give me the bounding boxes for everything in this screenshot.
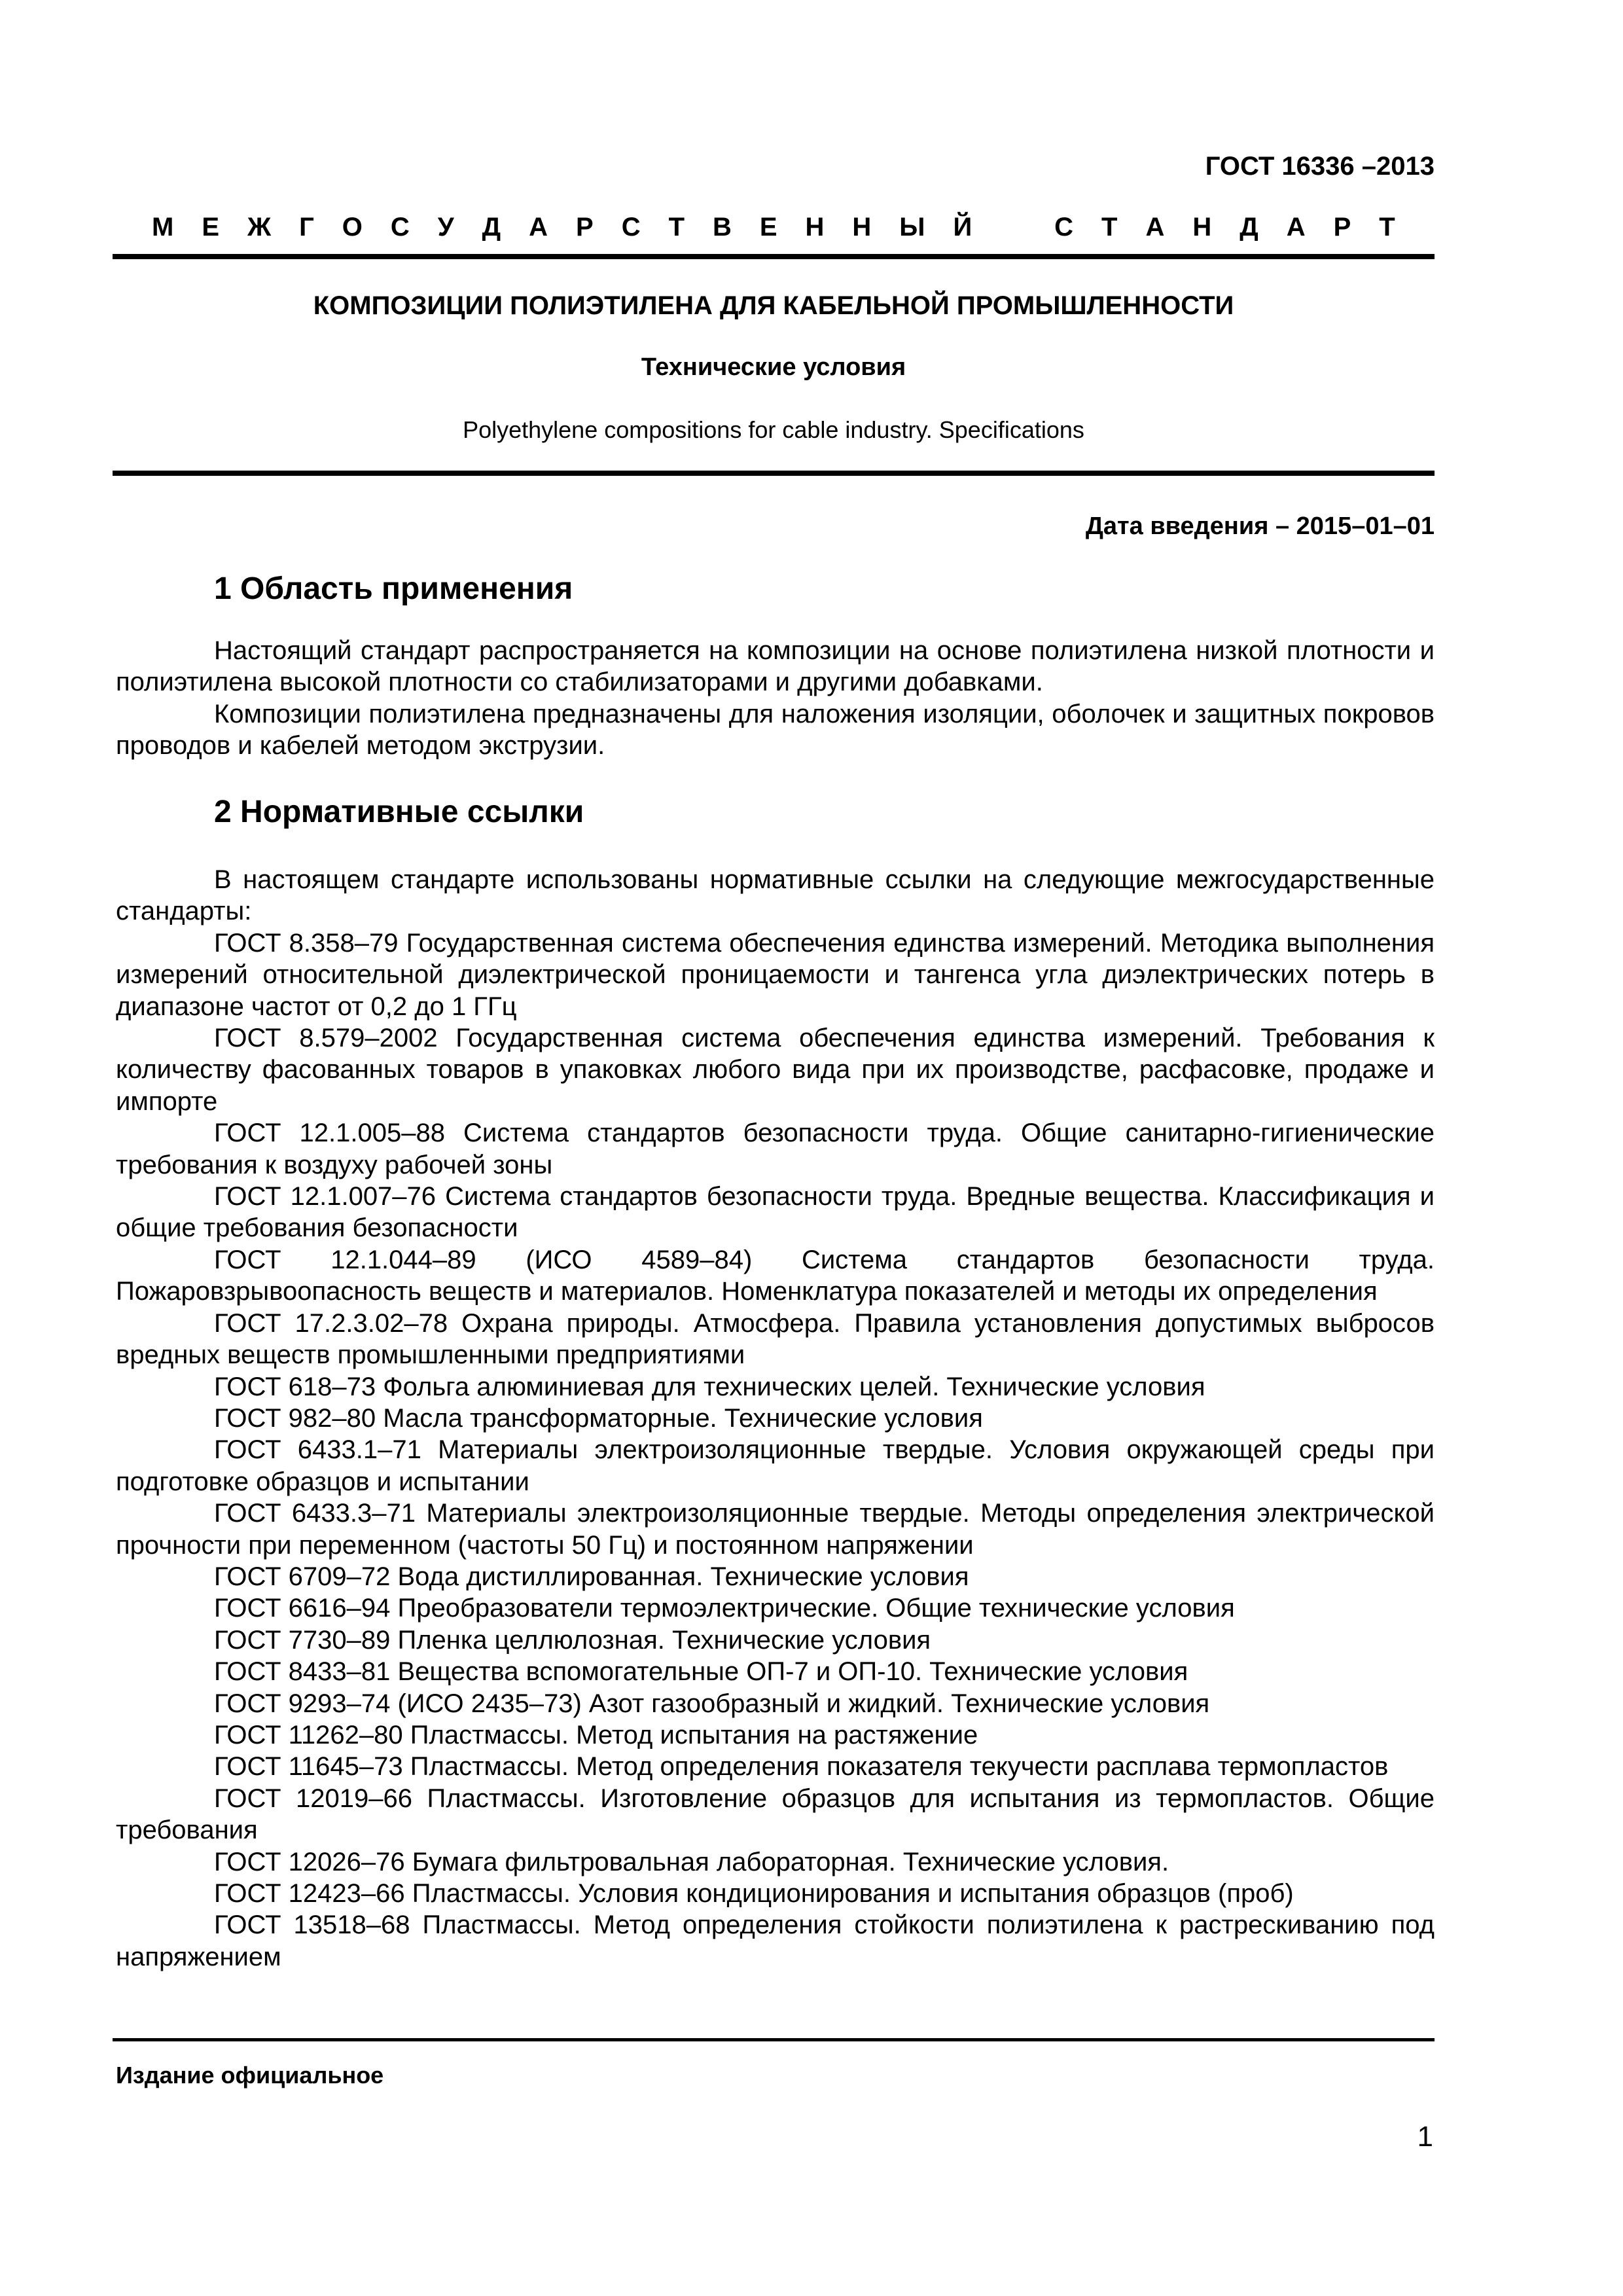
banner-letter [1000,213,1026,242]
paragraph: Настоящий стандарт распространяется на к… [116,635,1435,698]
date-of-introduction: Дата введения – 2015–01–01 [1086,512,1435,541]
banner-letter: А [529,213,548,242]
banner-letter: С [1054,213,1073,242]
banner-letter: Н [1192,213,1211,242]
reference-item: ГОСТ 12026–76 Бумага фильтровальная лабо… [116,1846,1435,1878]
standard-designation: ГОСТ 16336 –2013 [1205,152,1435,181]
banner-letter: Н [806,213,825,242]
banner-letter: Г [299,213,314,242]
title-rule [113,471,1435,476]
document-title-english: Polyethylene compositions for cable indu… [113,416,1435,444]
banner-letter: Т [1379,213,1395,242]
banner-letter: Р [1334,213,1351,242]
banner-letter: А [1287,213,1306,242]
banner-letter: Т [1101,213,1117,242]
banner-letter: С [622,213,641,242]
header-rule [113,254,1435,259]
reference-item: ГОСТ 982–80 Масла трансформаторные. Техн… [116,1403,1435,1434]
banner-letter: Й [953,213,972,242]
banner-letter: Е [760,213,777,242]
section-body-scope: Настоящий стандарт распространяется на к… [116,635,1435,762]
reference-item: ГОСТ 8433–81 Вещества вспомогательные ОП… [116,1656,1435,1687]
reference-item: ГОСТ 12.1.005–88 Система стандартов безо… [116,1117,1435,1181]
page-number: 1 [1418,2121,1433,2153]
banner-letter: В [713,213,732,242]
document-page: ГОСТ 16336 –2013 МЕЖГОСУДАРСТВЕННЫЙ СТАН… [0,0,1623,2296]
section-heading-scope: 1 Область применения [214,571,573,607]
reference-item: ГОСТ 12019–66 Пластмассы. Изготовление о… [116,1783,1435,1846]
reference-item: ГОСТ 6433.1–71 Материалы электроизоляцио… [116,1434,1435,1498]
reference-item: ГОСТ 618–73 Фольга алюминиевая для техни… [116,1371,1435,1403]
reference-item: ГОСТ 8.579–2002 Государственная система … [116,1022,1435,1117]
banner-letter: Д [1240,213,1258,242]
reference-item: ГОСТ 13518–68 Пластмассы. Метод определе… [116,1909,1435,1973]
reference-item: ГОСТ 8.358–79 Государственная система об… [116,927,1435,1022]
section-body-normative-references: В настоящем стандарте использованы норма… [116,864,1435,1973]
official-edition-note: Издание официальное [116,2062,383,2089]
banner-letter: У [438,213,454,242]
reference-item: ГОСТ 17.2.3.02–78 Охрана природы. Атмосф… [116,1308,1435,1371]
banner-letter: М [152,213,173,242]
footer-rule [113,2038,1435,2041]
reference-item: ГОСТ 6616–94 Преобразователи термоэлектр… [116,1592,1435,1624]
banner-letter: Е [202,213,219,242]
banner-letter: Ы [899,213,925,242]
section-heading-normative-references: 2 Нормативные ссылки [214,794,584,830]
reference-item: ГОСТ 7730–89 Пленка целлюлозная. Техниче… [116,1624,1435,1656]
banner-letter: О [342,213,363,242]
banner-letter: Н [852,213,871,242]
banner-letter: С [391,213,410,242]
reference-item: ГОСТ 9293–74 (ИСО 2435–73) Азот газообра… [116,1688,1435,1719]
interstate-standard-banner: МЕЖГОСУДАРСТВЕННЫЙ СТАНДАРТ [152,213,1395,242]
banner-letter: Ж [247,213,271,242]
reference-item: ГОСТ 11262–80 Пластмассы. Метод испытани… [116,1719,1435,1751]
banner-letter: Р [576,213,594,242]
reference-item: ГОСТ 12423–66 Пластмассы. Условия кондиц… [116,1878,1435,1909]
document-subtitle: Технические условия [113,353,1435,382]
reference-item: ГОСТ 11645–73 Пластмассы. Метод определе… [116,1751,1435,1782]
paragraph: В настоящем стандарте использованы норма… [116,864,1435,927]
banner-letter: Д [482,213,501,242]
reference-item: ГОСТ 12.1.044–89 (ИСО 4589–84) Система с… [116,1244,1435,1308]
reference-item: ГОСТ 6433.3–71 Материалы электроизоляцио… [116,1498,1435,1561]
document-title: КОМПОЗИЦИИ ПОЛИЭТИЛЕНА ДЛЯ КАБЕЛЬНОЙ ПРО… [113,291,1435,321]
reference-item: ГОСТ 12.1.007–76 Система стандартов безо… [116,1181,1435,1244]
banner-letter: А [1145,213,1164,242]
paragraph: Композиции полиэтилена предназначены для… [116,698,1435,762]
reference-item: ГОСТ 6709–72 Вода дистиллированная. Техн… [116,1561,1435,1592]
banner-letter: Т [669,213,685,242]
